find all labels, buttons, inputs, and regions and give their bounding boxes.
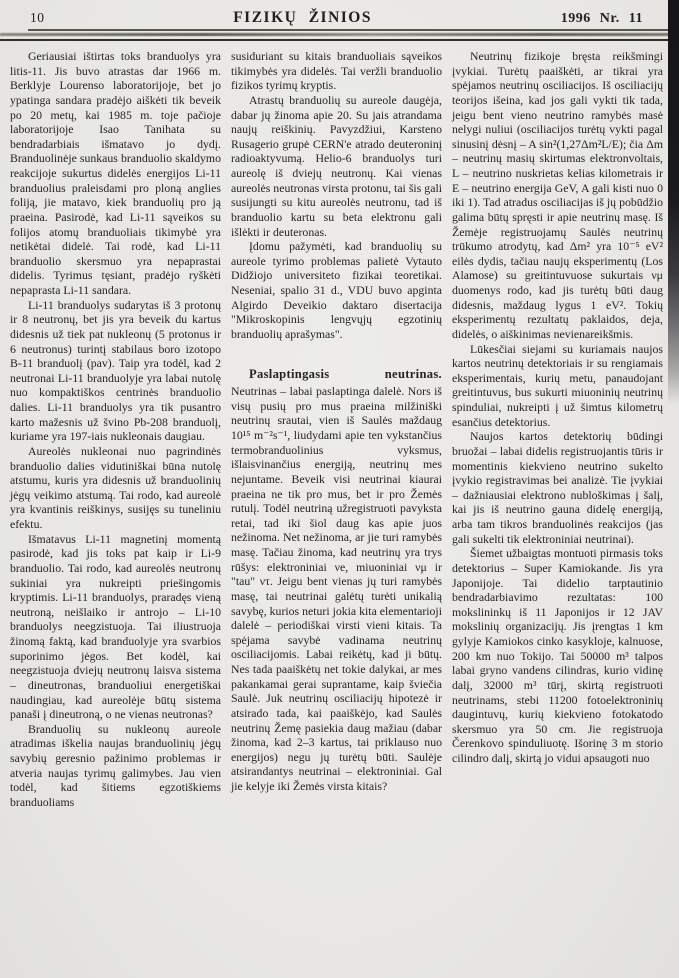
- column-1: Geriausiai ištirtas toks branduolys yra …: [10, 49, 221, 810]
- column-3: Neutrinų fizikoje bręsta reikšmingi įvyk…: [452, 49, 663, 810]
- paragraph: Neutrinas – labai paslaptinga dalelė. No…: [231, 384, 442, 794]
- paragraph: Lūkesčiai siejami su kuriamais naujos ka…: [452, 342, 663, 430]
- header-rule-thin: [28, 29, 679, 31]
- header-rule-smudge: [0, 33, 679, 36]
- article-columns: Geriausiai ištirtas toks branduolys yra …: [0, 41, 679, 810]
- journal-page: 10 FIZIKŲ ŽINIOS 1996 Nr. 11 Geriausiai …: [0, 0, 679, 978]
- paragraph: Naujos kartos detektorių būdingi bruožai…: [452, 429, 663, 546]
- paragraph: Šiemet užbaigtas montuoti pirmasis toks …: [452, 546, 663, 765]
- paragraph: Išmatavus Li-11 magnetinį momentą pasiro…: [10, 532, 221, 722]
- issue-info: 1996 Nr. 11: [561, 11, 649, 27]
- paragraph: Įdomu pažymėti, kad branduolių su aureol…: [231, 239, 442, 341]
- paragraph: Atrastų branduolių su aureole daugėja, d…: [231, 93, 442, 239]
- paragraph: Branduolių su nukleonų aureole atradimas…: [10, 722, 221, 810]
- paragraph: Aureolės nukleonai nuo pagrindinės brand…: [10, 444, 221, 532]
- journal-title: FIZIKŲ ŽINIOS: [45, 9, 561, 27]
- paragraph: Li-11 branduolys sudarytas iš 3 protonų …: [10, 298, 221, 444]
- section-heading: Paslaptingasis neutrinas.: [231, 367, 442, 382]
- paragraph: Geriausiai ištirtas toks branduolys yra …: [10, 49, 221, 298]
- scan-edge-artifact: [668, 0, 679, 405]
- column-2: susiduriant su kitais branduoliais sąvei…: [231, 49, 442, 810]
- paragraph: Neutrinų fizikoje bręsta reikšmingi įvyk…: [452, 49, 663, 342]
- masthead: 10 FIZIKŲ ŽINIOS 1996 Nr. 11: [0, 0, 679, 27]
- page-number: 10: [30, 10, 45, 26]
- paragraph: susiduriant su kitais branduoliais sąvei…: [231, 49, 442, 93]
